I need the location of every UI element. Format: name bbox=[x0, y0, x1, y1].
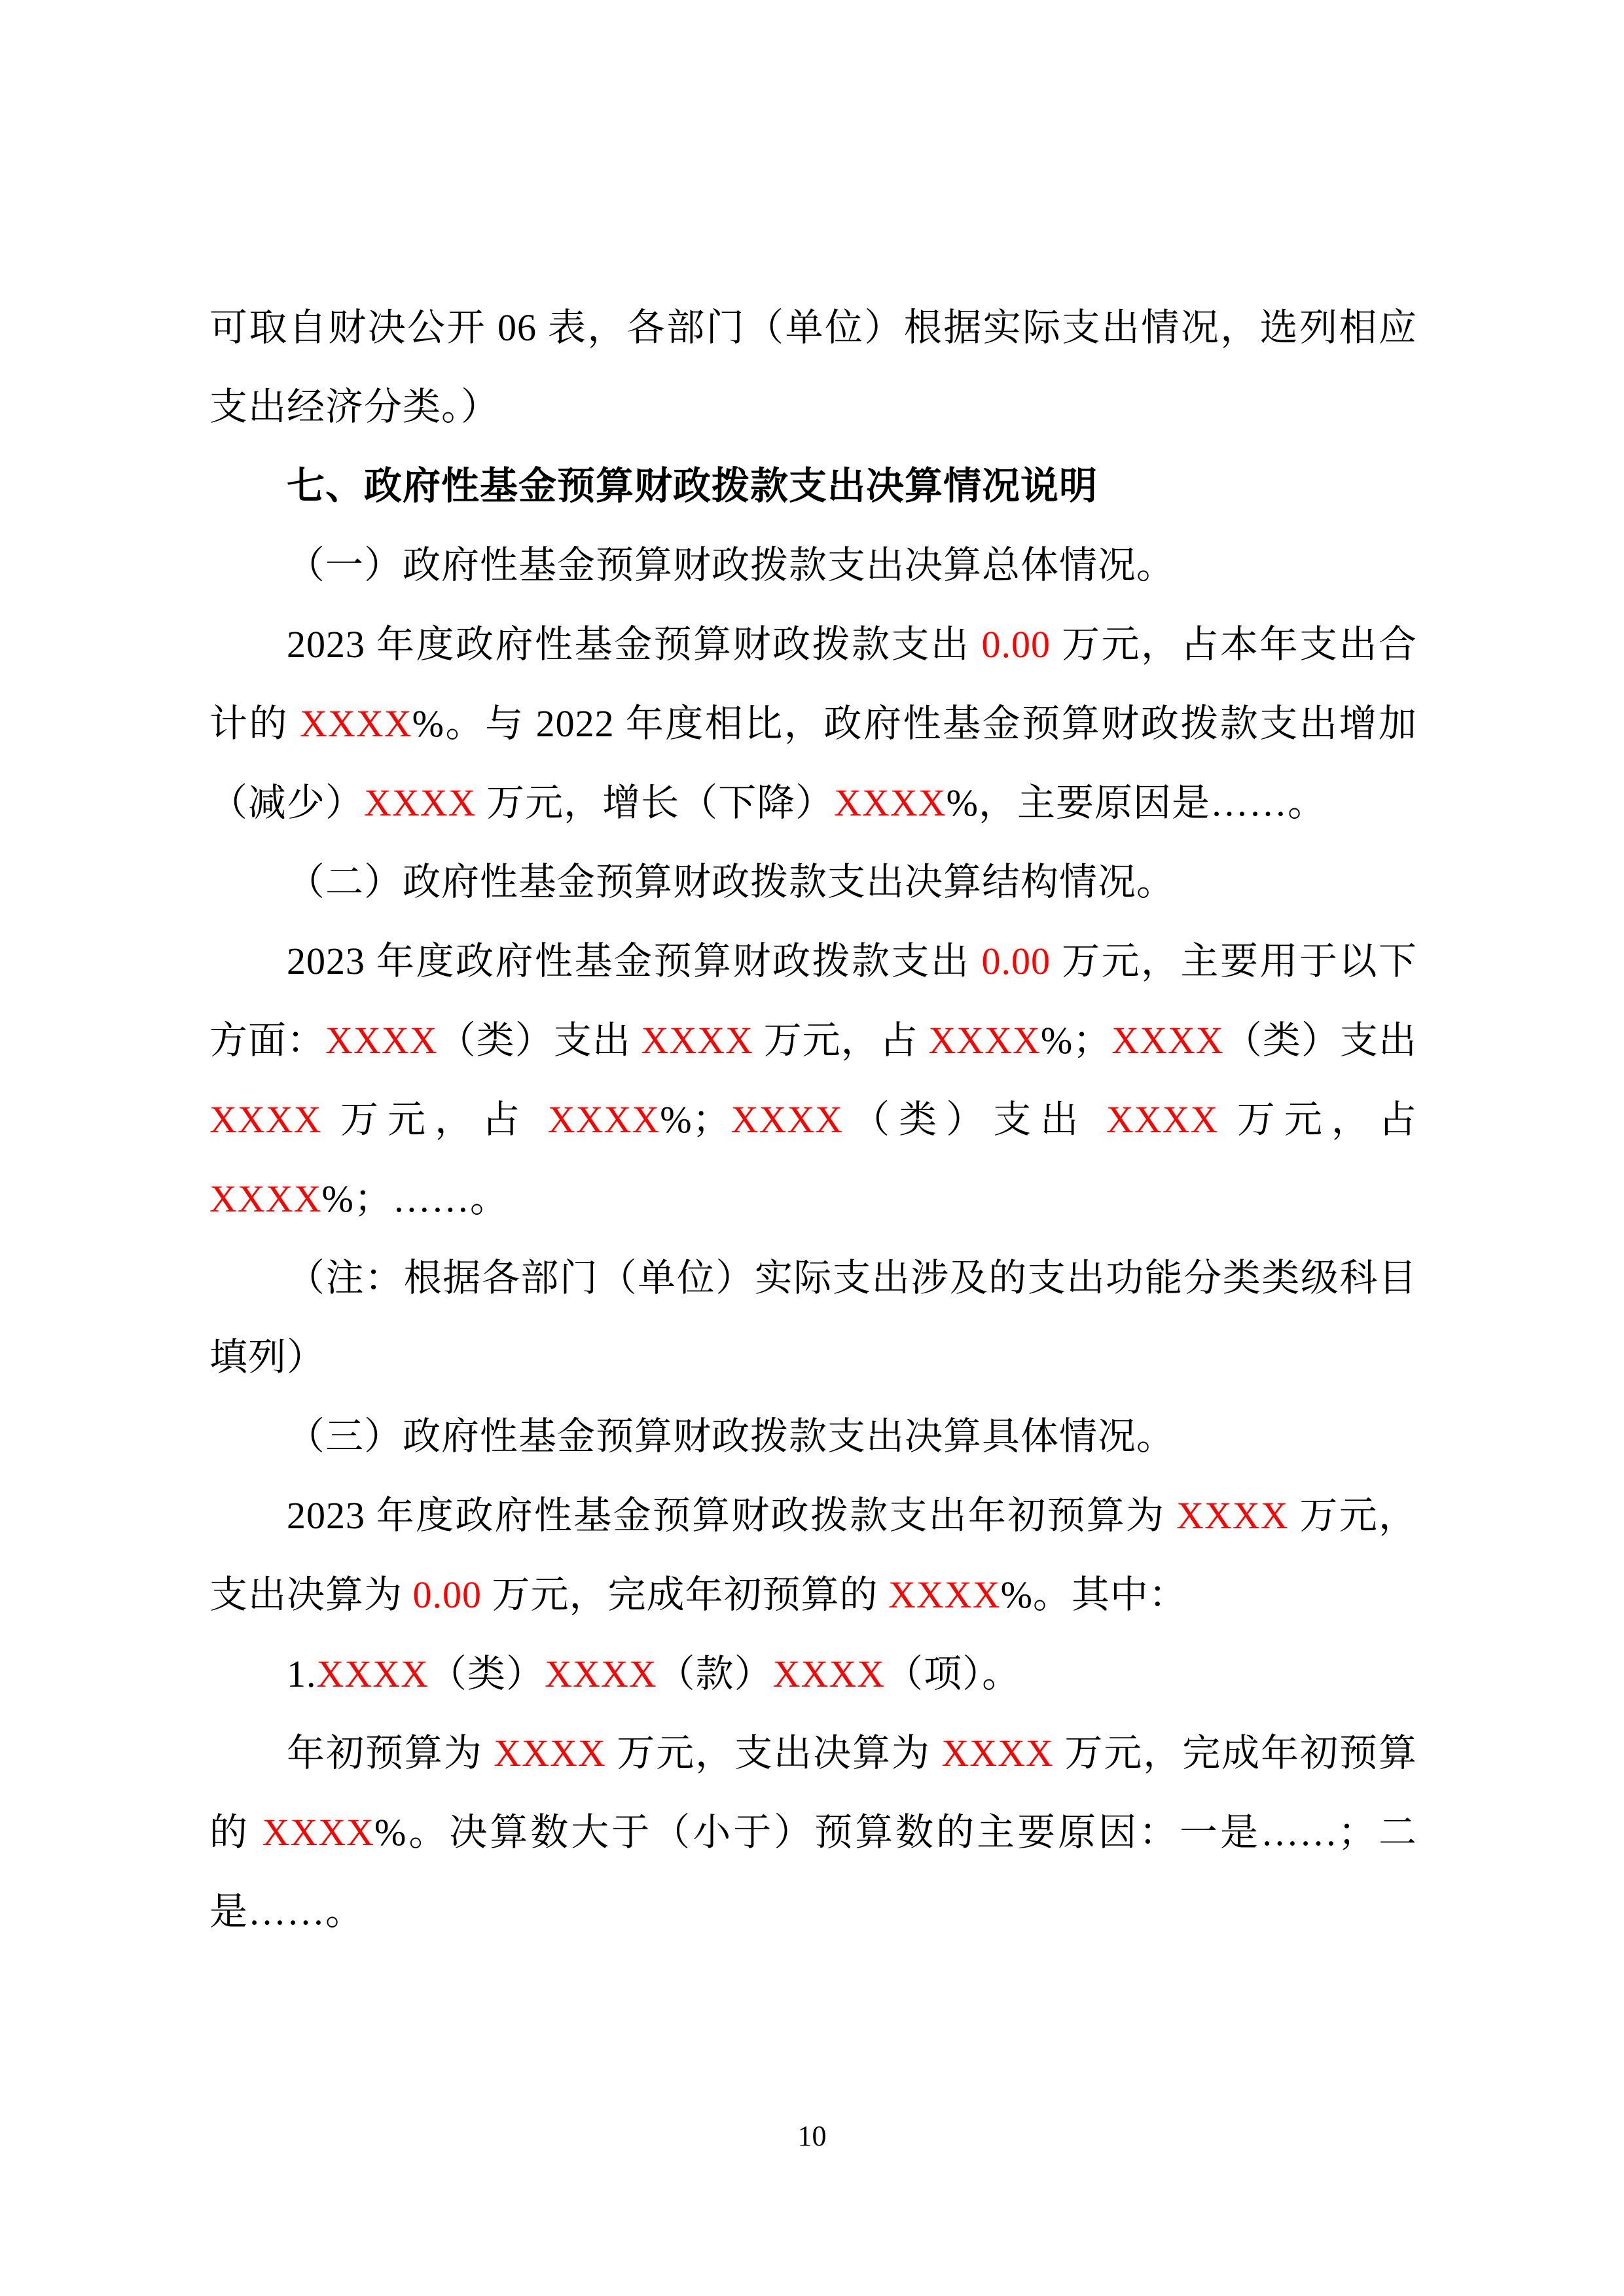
placeholder-value: XXXX bbox=[300, 702, 412, 745]
para-item1-title: 1.XXXX（类）XXXX（款）XXXX（项）。 bbox=[209, 1634, 1417, 1713]
text-run: 2023 年度政府性基金预算财政拨款支出 bbox=[287, 940, 981, 982]
text-run: （款） bbox=[657, 1653, 773, 1695]
text-run: （类）支出 bbox=[438, 1019, 641, 1062]
placeholder-value: XXXX bbox=[262, 1811, 374, 1854]
text-run: （注：根据各部门（单位）实际支出涉及的支出功能分类类级科目填列） bbox=[209, 1257, 1417, 1378]
placeholder-value: XXXX bbox=[834, 781, 947, 824]
placeholder-value: XXXX bbox=[364, 781, 477, 824]
text-run: 万元，完成年初预算的 bbox=[482, 1573, 888, 1616]
text-run: %； bbox=[660, 1098, 731, 1141]
para-sub3-title: （三）政府性基金预算财政拨款支出决算具体情况。 bbox=[209, 1397, 1417, 1476]
page-number: 10 bbox=[798, 2120, 827, 2152]
text-run: （二）政府性基金预算财政拨款支出决算结构情况。 bbox=[287, 861, 1175, 903]
para-sub1-title: （一）政府性基金预算财政拨款支出决算总体情况。 bbox=[209, 526, 1417, 605]
placeholder-value: XXXX bbox=[548, 1098, 660, 1141]
text-run: 年初预算为 bbox=[287, 1732, 494, 1774]
heading-section-seven: 七、政府性基金预算财政拨款支出决算情况说明 bbox=[209, 446, 1417, 526]
text-run: %；……。 bbox=[322, 1177, 509, 1220]
placeholder-value: XXXX bbox=[773, 1653, 886, 1695]
text-run: （类）支出 bbox=[1224, 1019, 1417, 1062]
placeholder-value: XXXX bbox=[545, 1653, 657, 1695]
text-run: 七、政府性基金预算财政拨款支出决算情况说明 bbox=[287, 465, 1098, 507]
placeholder-value: 0.00 bbox=[413, 1573, 482, 1616]
placeholder-value: XXXX bbox=[1106, 1098, 1219, 1141]
text-run: 1. bbox=[287, 1653, 317, 1695]
para-sub3-body: 2023 年度政府性基金预算财政拨款支出年初预算为 XXXX 万元，支出决算为 … bbox=[209, 1476, 1417, 1634]
document-body: 可取自财决公开 06 表，各部门（单位）根据实际支出情况，选列相应支出经济分类。… bbox=[209, 288, 1417, 1951]
text-run: （类）支出 bbox=[843, 1098, 1106, 1141]
document-page: 可取自财决公开 06 表，各部门（单位）根据实际支出情况，选列相应支出经济分类。… bbox=[0, 0, 1624, 2296]
para-continuation-note: 可取自财决公开 06 表，各部门（单位）根据实际支出情况，选列相应支出经济分类。… bbox=[209, 288, 1417, 446]
text-run: （项）。 bbox=[885, 1653, 1020, 1695]
placeholder-value: XXXX bbox=[1111, 1019, 1224, 1062]
text-run: %，主要原因是……。 bbox=[947, 781, 1326, 824]
text-run: 万元，增长（下降） bbox=[477, 781, 835, 824]
text-run: %。决算数大于（小于）预算数的主要原因：一是……；二是……。 bbox=[209, 1811, 1417, 1933]
placeholder-value: XXXX bbox=[209, 1177, 322, 1220]
text-run: （一）政府性基金预算财政拨款支出决算总体情况。 bbox=[287, 544, 1175, 586]
text-run: 2023 年度政府性基金预算财政拨款支出 bbox=[287, 623, 981, 666]
placeholder-value: XXXX bbox=[888, 1573, 1001, 1616]
text-run: 万元，占 bbox=[322, 1098, 548, 1141]
page-footer: 10 bbox=[0, 2119, 1624, 2153]
para-item1-body: 年初预算为 XXXX 万元，支出决算为 XXXX 万元，完成年初预算的 XXXX… bbox=[209, 1713, 1417, 1951]
para-note: （注：根据各部门（单位）实际支出涉及的支出功能分类类级科目填列） bbox=[209, 1238, 1417, 1397]
placeholder-value: XXXX bbox=[325, 1019, 438, 1062]
placeholder-value: XXXX bbox=[941, 1732, 1054, 1774]
placeholder-value: XXXX bbox=[641, 1019, 754, 1062]
text-run: 万元，占 bbox=[1218, 1098, 1417, 1141]
text-run: %。其中： bbox=[1001, 1573, 1187, 1616]
para-sub2-body: 2023 年度政府性基金预算财政拨款支出 0.00 万元，主要用于以下方面：XX… bbox=[209, 922, 1417, 1238]
text-run: %； bbox=[1041, 1019, 1111, 1062]
placeholder-value: XXXX bbox=[317, 1653, 429, 1695]
text-run: 万元，占 bbox=[753, 1019, 928, 1062]
placeholder-value: XXXX bbox=[1176, 1494, 1289, 1537]
placeholder-value: 0.00 bbox=[981, 940, 1051, 982]
placeholder-value: XXXX bbox=[494, 1732, 606, 1774]
placeholder-value: XXXX bbox=[928, 1019, 1041, 1062]
placeholder-value: XXXX bbox=[209, 1098, 322, 1141]
placeholder-value: XXXX bbox=[731, 1098, 844, 1141]
para-sub1-body: 2023 年度政府性基金预算财政拨款支出 0.00 万元，占本年支出合计的 XX… bbox=[209, 605, 1417, 842]
para-sub2-title: （二）政府性基金预算财政拨款支出决算结构情况。 bbox=[209, 842, 1417, 922]
text-run: （类） bbox=[429, 1653, 545, 1695]
text-run: 万元，支出决算为 bbox=[606, 1732, 942, 1774]
text-run: 可取自财决公开 06 表，各部门（单位）根据实际支出情况，选列相应支出经济分类。… bbox=[209, 306, 1417, 428]
text-run: （三）政府性基金预算财政拨款支出决算具体情况。 bbox=[287, 1415, 1175, 1458]
placeholder-value: 0.00 bbox=[981, 623, 1051, 666]
text-run: 2023 年度政府性基金预算财政拨款支出年初预算为 bbox=[287, 1494, 1176, 1537]
